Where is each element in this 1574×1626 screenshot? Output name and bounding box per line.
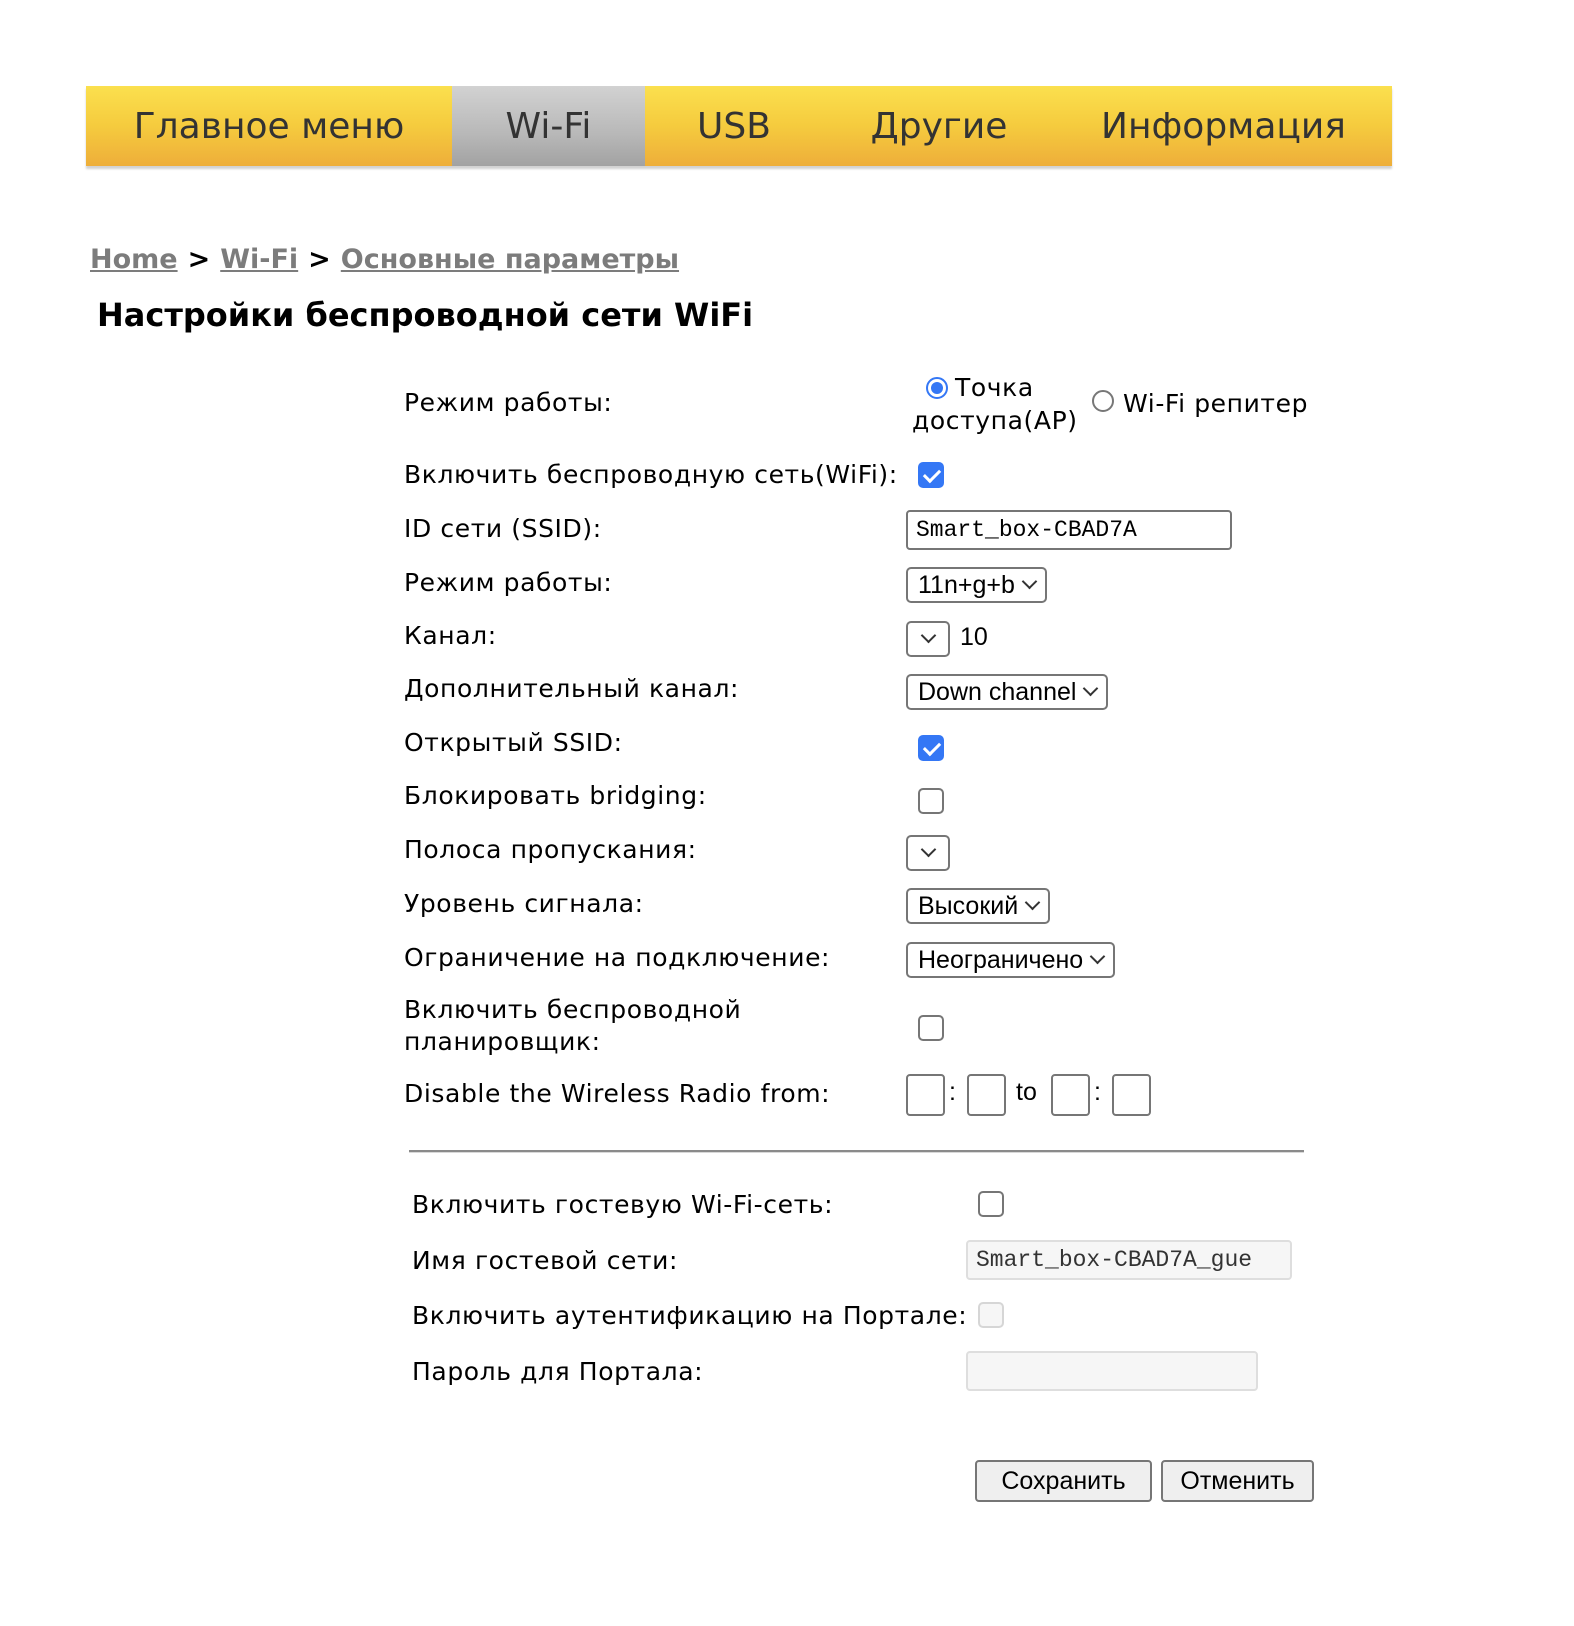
- save-button[interactable]: Сохранить: [975, 1460, 1152, 1502]
- breadcrumb-separator: >: [308, 244, 331, 275]
- guest-name-label: Имя гостевой сети:: [412, 1246, 678, 1276]
- portal-auth-label: Включить аутентификацию на Портале:: [412, 1301, 967, 1331]
- disable-from-hour-input[interactable]: [906, 1074, 945, 1116]
- chevron-down-icon: [920, 842, 936, 858]
- breadcrumb: Home>Wi-Fi>Основные параметры: [90, 244, 679, 275]
- radio-wifi-repeater-label: Wi-Fi репитер: [1123, 389, 1308, 419]
- broadcast-ssid-label: Открытый SSID:: [404, 728, 623, 758]
- bandwidth-label: Полоса пропускания:: [404, 835, 697, 865]
- radio-wifi-repeater[interactable]: [1092, 390, 1114, 412]
- breadcrumb-separator: >: [188, 244, 211, 275]
- connection-limit-label: Ограничение на подключение:: [404, 943, 830, 973]
- nav-item-info[interactable]: Информация: [1055, 86, 1392, 166]
- chevron-down-icon: [1025, 895, 1041, 911]
- ssid-input[interactable]: Smart_box-CBAD7A: [906, 510, 1232, 550]
- portal-password-input[interactable]: [966, 1351, 1258, 1391]
- disable-to-minute-input[interactable]: [1112, 1074, 1151, 1116]
- nav-item-wifi[interactable]: Wi-Fi: [452, 86, 645, 166]
- top-nav: Главное меню Wi-Fi USB Другие Информация: [86, 86, 1392, 166]
- chevron-down-icon: [1022, 574, 1038, 590]
- wireless-mode-value: 11n+g+b: [918, 569, 1015, 601]
- operating-mode-label: Режим работы:: [404, 388, 612, 418]
- breadcrumb-wifi[interactable]: Wi-Fi: [220, 244, 298, 275]
- disable-to-hour-input[interactable]: [1051, 1074, 1090, 1116]
- wireless-mode-select[interactable]: 11n+g+b: [906, 567, 1047, 603]
- enable-guest-checkbox[interactable]: [978, 1191, 1004, 1217]
- portal-password-label: Пароль для Портала:: [412, 1357, 703, 1387]
- nav-item-main-menu[interactable]: Главное меню: [86, 86, 452, 166]
- connection-limit-select[interactable]: Неограничено: [906, 942, 1115, 978]
- extension-channel-label: Дополнительный канал:: [404, 674, 739, 704]
- chevron-down-icon: [1083, 681, 1099, 697]
- section-divider: [409, 1150, 1304, 1153]
- radio-access-point-label-1: Точка: [955, 373, 1034, 403]
- disable-from-minute-input[interactable]: [967, 1074, 1006, 1116]
- nav-item-usb[interactable]: USB: [645, 86, 823, 166]
- channel-select[interactable]: [906, 621, 950, 657]
- breadcrumb-home[interactable]: Home: [90, 244, 178, 275]
- bandwidth-select[interactable]: [906, 835, 950, 871]
- signal-level-value: Высокий: [918, 890, 1018, 922]
- enable-guest-label: Включить гостевую Wi-Fi-сеть:: [412, 1190, 833, 1220]
- signal-level-select[interactable]: Высокий: [906, 888, 1050, 924]
- extension-channel-value: Down channel: [918, 676, 1076, 708]
- time-colon: :: [1094, 1077, 1101, 1107]
- block-bridging-checkbox[interactable]: [918, 788, 944, 814]
- enable-wifi-checkbox[interactable]: [918, 462, 944, 488]
- scheduler-label-1: Включить беспроводной: [404, 995, 741, 1025]
- wireless-mode-label: Режим работы:: [404, 568, 612, 598]
- page-title: Настройки беспроводной сети WiFi: [97, 296, 753, 334]
- broadcast-ssid-checkbox[interactable]: [918, 735, 944, 761]
- time-colon: :: [949, 1077, 956, 1107]
- chevron-down-icon: [920, 628, 936, 644]
- radio-access-point[interactable]: [926, 377, 948, 399]
- ssid-label: ID сети (SSID):: [404, 514, 602, 544]
- cancel-button[interactable]: Отменить: [1161, 1460, 1314, 1502]
- current-channel-value: 10: [960, 622, 988, 652]
- scheduler-checkbox[interactable]: [918, 1015, 944, 1041]
- chevron-down-icon: [1090, 949, 1106, 965]
- nav-item-other[interactable]: Другие: [823, 86, 1055, 166]
- enable-wifi-label: Включить беспроводную сеть(WiFi):: [404, 460, 898, 490]
- breadcrumb-basic-settings[interactable]: Основные параметры: [341, 244, 679, 275]
- guest-name-input[interactable]: Smart_box-CBAD7A_gue: [966, 1240, 1292, 1280]
- scheduler-label-2: планировщик:: [404, 1027, 601, 1057]
- signal-level-label: Уровень сигнала:: [404, 889, 644, 919]
- radio-access-point-label-2: доступа(AP): [912, 406, 1078, 436]
- channel-label: Канал:: [404, 621, 497, 651]
- connection-limit-value: Неограничено: [918, 944, 1083, 976]
- portal-auth-checkbox[interactable]: [978, 1302, 1004, 1328]
- block-bridging-label: Блокировать bridging:: [404, 781, 707, 811]
- extension-channel-select[interactable]: Down channel: [906, 674, 1108, 710]
- to-label: to: [1016, 1077, 1037, 1107]
- disable-radio-label: Disable the Wireless Radio from:: [404, 1079, 830, 1109]
